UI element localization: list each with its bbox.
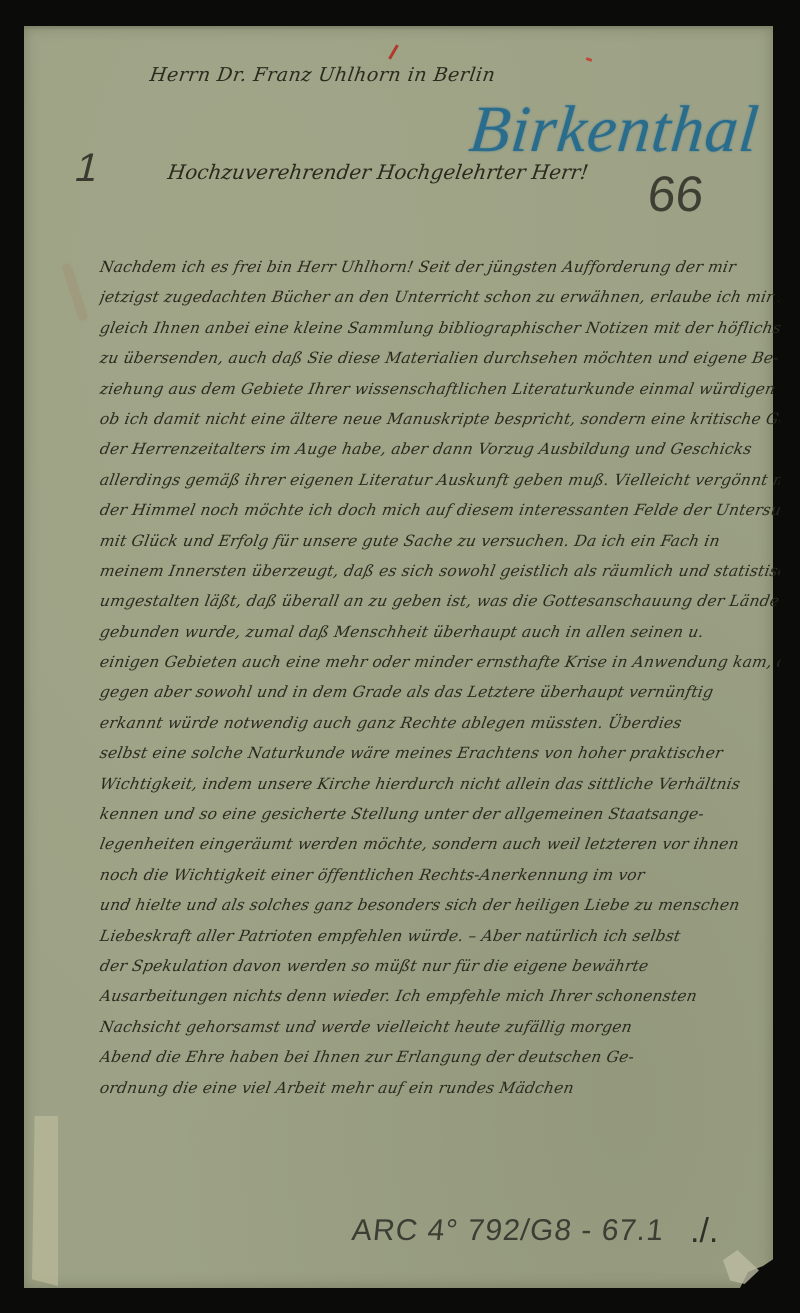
body-line: selbst eine solche Naturkunde wäre meine… bbox=[97, 738, 782, 768]
body-line: erkannt würde notwendig auch ganz Rechte… bbox=[97, 708, 782, 738]
body-line: einigen Gebieten auch eine mehr oder min… bbox=[97, 647, 782, 677]
body-line: gegen aber sowohl und in dem Grade als d… bbox=[97, 677, 782, 707]
body-line: Abend die Ehre haben bei Ihnen zur Erlan… bbox=[97, 1042, 782, 1072]
red-mark-icon bbox=[388, 44, 399, 59]
body-line: noch die Wichtigkeit einer öffentlichen … bbox=[97, 860, 782, 890]
pencil-number-annotation: 66 bbox=[645, 165, 707, 223]
body-line: allerdings gemäß ihrer eigenen Literatur… bbox=[97, 465, 782, 495]
archive-reference: ARC 4° 792/G8 - 67.1 bbox=[350, 1214, 666, 1248]
body-line: der Herrenzeitalters im Auge habe, aber … bbox=[97, 434, 782, 464]
paper-top-edge bbox=[24, 26, 773, 30]
body-line: kennen und so eine gesicherte Stellung u… bbox=[97, 799, 782, 829]
continuation-mark: ./. bbox=[690, 1212, 718, 1251]
body-line: Wichtigkeit, indem unsere Kirche hierdur… bbox=[97, 769, 782, 799]
blue-pencil-annotation: Birkenthal bbox=[466, 92, 763, 168]
red-mark-icon bbox=[586, 57, 593, 62]
body-line: mit Glück und Erfolg für unsere gute Sac… bbox=[97, 526, 782, 556]
body-line: ordnung die eine viel Arbeit mehr auf ei… bbox=[97, 1073, 782, 1103]
body-line: der Himmel noch möchte ich doch mich auf… bbox=[97, 495, 782, 525]
body-line: gleich Ihnen anbei eine kleine Sammlung … bbox=[97, 313, 782, 343]
body-line: der Spekulation davon werden so müßt nur… bbox=[97, 951, 782, 981]
folded-paper-edge bbox=[32, 1116, 58, 1286]
letter-body: Nachdem ich es frei bin Herr Uhlhorn! Se… bbox=[100, 252, 780, 1103]
body-line: jetzigst zugedachten Bücher an den Unter… bbox=[97, 282, 782, 312]
body-line: Nachsicht gehorsamst und werde vielleich… bbox=[97, 1012, 782, 1042]
body-line: meinem Innersten überzeugt, daß es sich … bbox=[97, 556, 782, 586]
body-line: gebunden wurde, zumal daß Menschheit übe… bbox=[97, 617, 782, 647]
body-line: umgestalten läßt, daß überall an zu gebe… bbox=[97, 586, 782, 616]
body-line: zu übersenden, auch daß Sie diese Materi… bbox=[97, 343, 782, 373]
paper-stain bbox=[61, 262, 89, 322]
body-line: Ausarbeitungen nichts denn wieder. Ich e… bbox=[97, 981, 782, 1011]
body-line: Nachdem ich es frei bin Herr Uhlhorn! Se… bbox=[97, 252, 782, 282]
body-line: Liebeskraft aller Patrioten empfehlen wü… bbox=[97, 921, 782, 951]
body-line: legenheiten eingeräumt werden möchte, so… bbox=[97, 829, 782, 859]
body-line: ziehung aus dem Gebiete Ihrer wissenscha… bbox=[97, 374, 782, 404]
body-line: ob ich damit nicht eine ältere neue Manu… bbox=[97, 404, 782, 434]
recipient-address: Herrn Dr. Franz Uhlhorn in Berlin bbox=[148, 64, 496, 86]
body-line: und hielte und als solches ganz besonder… bbox=[97, 890, 782, 920]
